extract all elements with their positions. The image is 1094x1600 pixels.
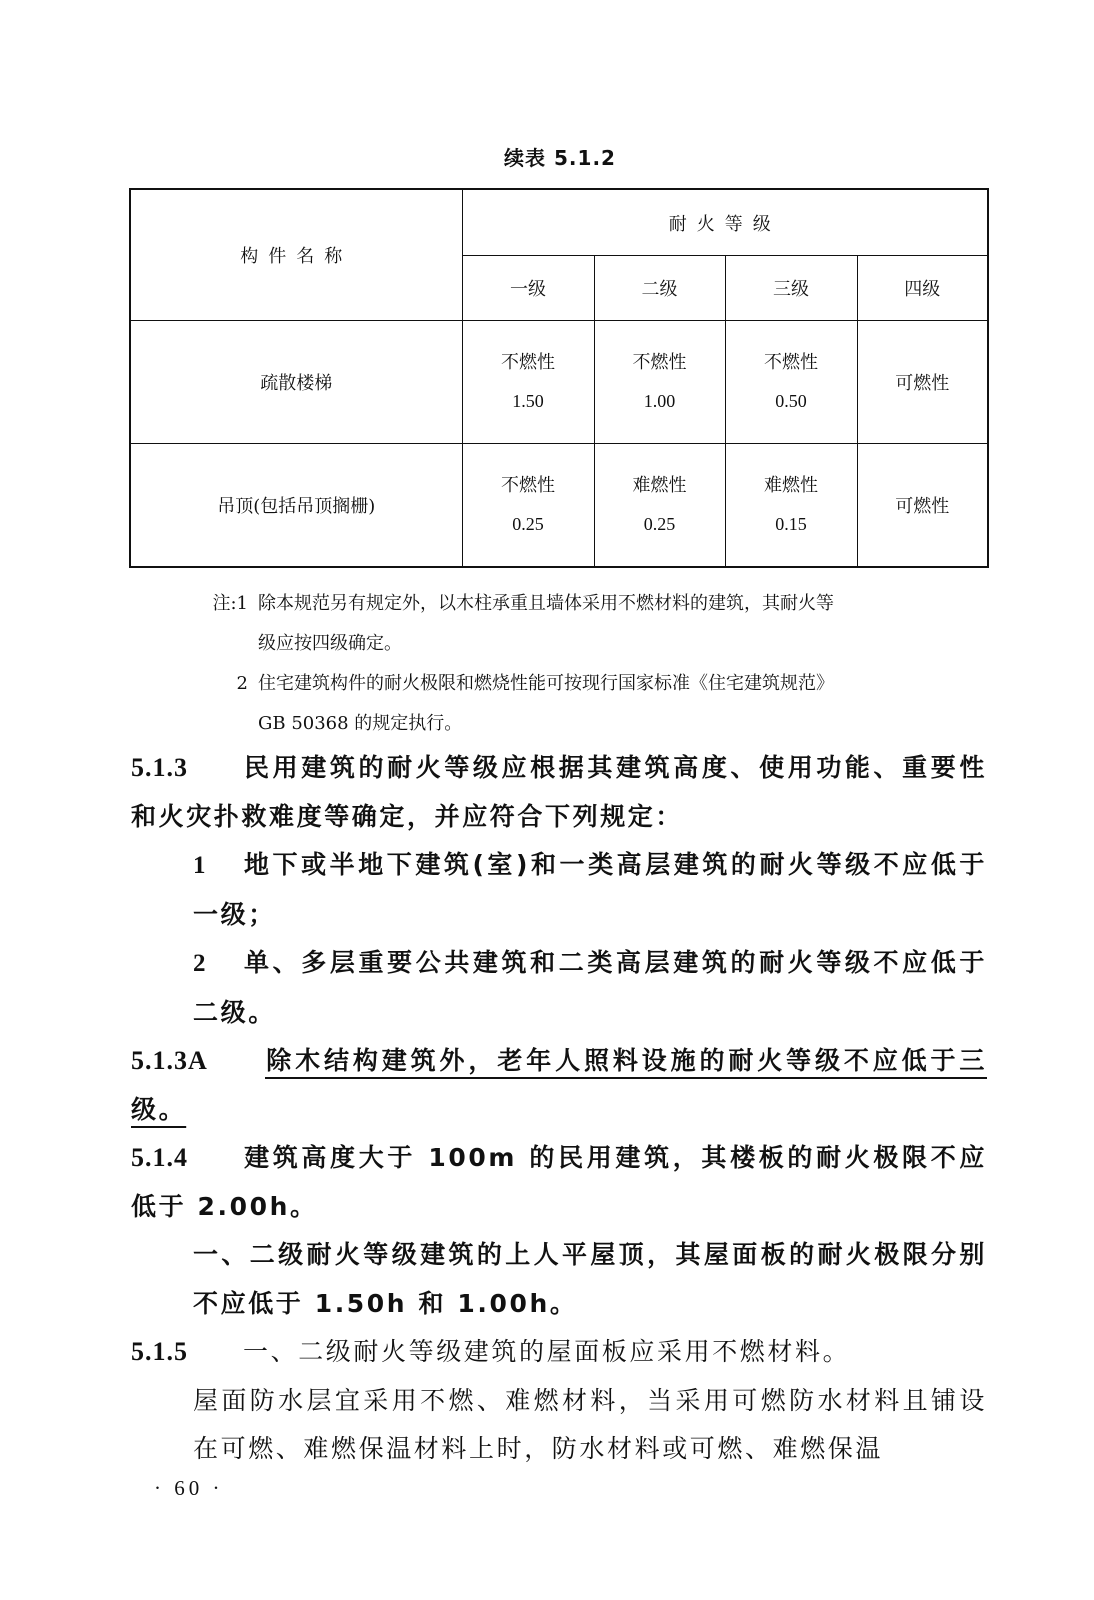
table-row: 吊顶(包括吊顶搁栅) 不燃性0.25 难燃性0.25 难燃性0.15 可燃性 (130, 444, 988, 567)
clause-number: 5.1.3A (131, 1037, 265, 1086)
component-name: 疏散楼梯 (130, 321, 462, 444)
header-grade-2: 二级 (594, 256, 725, 321)
table-cell: 不燃性0.50 (725, 321, 857, 444)
document-body: 5.1.3民用建筑的耐火等级应根据其建筑高度、使用功能、重要性和火灾扑救难度等确… (131, 744, 987, 1474)
clause-5-1-5: 5.1.5一、二级耐火等级建筑的屋面板应采用不燃材料。 (131, 1328, 987, 1377)
table-cell: 不燃性1.00 (594, 321, 725, 444)
clause-number: 5.1.4 (131, 1134, 243, 1183)
table-cell: 难燃性0.25 (594, 444, 725, 567)
header-grade-4: 四级 (857, 256, 988, 321)
note-2: 2 住宅建筑构件的耐火极限和燃烧性能可按现行国家标准《住宅建筑规范》 (178, 664, 998, 704)
clause-item-1: 1地下或半地下建筑(室)和一类高层建筑的耐火等级不应低于一级； (131, 841, 987, 939)
table-cell: 不燃性1.50 (462, 321, 594, 444)
table-cell: 难燃性0.15 (725, 444, 857, 567)
note-1: 注:1 除本规范另有规定外，以木柱承重且墙体采用不燃材料的建筑，其耐火等 (178, 584, 998, 624)
clause-number: 5.1.5 (131, 1328, 243, 1377)
header-grade-3: 三级 (725, 256, 857, 321)
clause-5-1-4: 5.1.4建筑高度大于 100m 的民用建筑，其楼板的耐火极限不应低于 2.00… (131, 1134, 987, 1231)
table-notes: 注:1 除本规范另有规定外，以木柱承重且墙体采用不燃材料的建筑，其耐火等 级应按… (178, 584, 998, 744)
header-component-name: 构件名称 (130, 189, 462, 321)
table-cell: 不燃性0.25 (462, 444, 594, 567)
header-grade-1: 一级 (462, 256, 594, 321)
clause-5-1-3a: 5.1.3A除木结构建筑外，老年人照料设施的耐火等级不应低于三级。 (131, 1037, 987, 1134)
header-fire-rating-group: 耐火等级 (462, 189, 988, 256)
component-name: 吊顶(包括吊顶搁栅) (130, 444, 462, 567)
clause-number: 5.1.3 (131, 744, 243, 793)
clause-item-2: 2单、多层重要公共建筑和二类高层建筑的耐火等级不应低于二级。 (131, 939, 987, 1037)
table-caption: 续表 5.1.2 (0, 142, 1094, 171)
table-row: 疏散楼梯 不燃性1.50 不燃性1.00 不燃性0.50 可燃性 (130, 321, 988, 444)
clause-5-1-4-para: 一、二级耐火等级建筑的上人平屋顶，其屋面板的耐火极限分别不应低于 1.50h 和… (131, 1231, 987, 1328)
table-cell: 可燃性 (857, 444, 988, 567)
page-number: · 60 · (154, 1476, 224, 1501)
clause-5-1-5-para: 屋面防水层宜采用不燃、难燃材料，当采用可燃防水材料且铺设在可燃、难燃保温材料上时… (131, 1377, 987, 1474)
clause-5-1-3: 5.1.3民用建筑的耐火等级应根据其建筑高度、使用功能、重要性和火灾扑救难度等确… (131, 744, 987, 841)
fire-resistance-table: 构件名称 耐火等级 一级 二级 三级 四级 疏散楼梯 不燃性1.50 不燃性1.… (129, 188, 989, 568)
table-cell: 可燃性 (857, 321, 988, 444)
